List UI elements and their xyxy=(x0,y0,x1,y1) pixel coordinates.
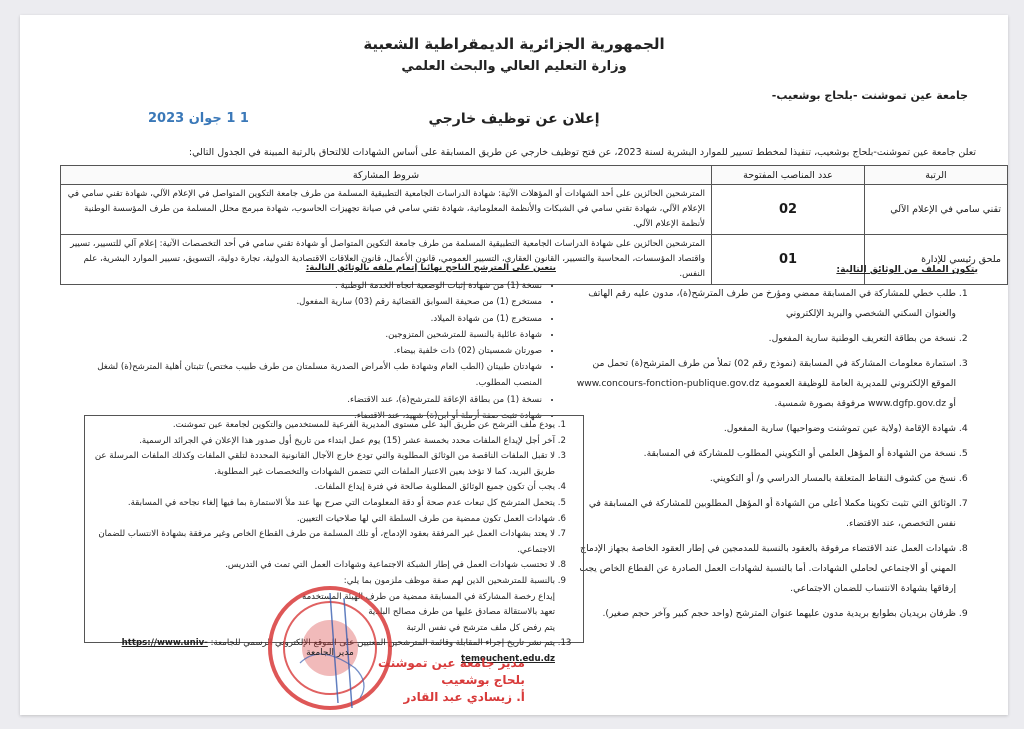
list-item: شهادات العمل عند الاقتضاء مرفوقة بالعقود… xyxy=(573,539,956,599)
successful-candidate-section: يتعين على المترشح الناجح نهائيا إتمام مل… xyxy=(86,260,556,424)
list-item: شهادتان طبيتان (الطب العام وشهادة طب الأ… xyxy=(86,359,542,391)
header-conditions: شروط المشاركة xyxy=(61,166,712,185)
table-row: تقني سامي في الإعلام الآلي 02 المترشحين … xyxy=(61,185,1008,235)
list-item: نسخ من كشوف النقاط المتعلقة بالمسار الدر… xyxy=(573,469,956,489)
signer-line-1: مدير جامعة عين تموشنت xyxy=(378,655,525,672)
list-item: طلب خطي للمشاركة في المسابقة ممضي ومؤرخ … xyxy=(573,284,956,324)
file-documents-heading: يتكون الملف من الوثائق التالية: xyxy=(573,260,978,280)
table-header-row: الرتبة عدد المناصب المفتوحة شروط المشارك… xyxy=(61,166,1008,185)
seal-label: مدير الجامعة xyxy=(306,648,354,658)
list-item: الوثائق التي تثبت تكوينا مكملا أعلى من ا… xyxy=(573,494,956,534)
list-item: نسخة من الشهادة أو المؤهل العلمي أو التك… xyxy=(573,444,956,464)
count-cell: 02 xyxy=(712,185,865,235)
list-item: لا تحتسب شهادات العمل في إطار الشبكة الا… xyxy=(89,558,555,574)
conditions-cell: المترشحين الحائزين على أحد الشهادات أو ا… xyxy=(61,185,712,235)
list-item: لا يعتد بشهادات العمل غير المرفقة بعقود … xyxy=(89,527,555,558)
list-item: نسخة من بطاقة التعريف الوطنية سارية المف… xyxy=(573,329,956,349)
header-grade: الرتبة xyxy=(865,166,1008,185)
list-item: آخر أجل لإيداع الملفات محدد بخمسة عشر (1… xyxy=(89,434,555,450)
list-item: نسخة (1) من شهادة إثبات الوضعية اتجاه ال… xyxy=(86,278,542,294)
list-item: مستخرج (1) من صحيفة السوابق القضائية رقم… xyxy=(86,294,542,310)
list-item: لا تقبل الملفات الناقصة من الوثائق المطل… xyxy=(89,449,555,480)
list-item: استمارة معلومات المشاركة في المسابقة (نم… xyxy=(573,354,956,414)
header-count: عدد المناصب المفتوحة xyxy=(712,166,865,185)
ministry-heading: وزارة التعليم العالي والبحث العلمي xyxy=(20,59,1008,74)
grade-cell: تقني سامي في الإعلام الآلي xyxy=(865,185,1008,235)
document-sheet: الجمهورية الجزائرية الديمقراطية الشعبية … xyxy=(20,15,1008,715)
list-item: يتحمل المترشح كل تبعات عدم صحة أو دقة ال… xyxy=(89,496,555,512)
list-item: شهادات العمل تكون ممضية من طرف السلطة ال… xyxy=(89,512,555,528)
list-item: نسخة (1) من بطاقة الإعاقة للمترشح(ة)، عن… xyxy=(86,392,542,408)
list-item: ظرفان بريديان بطوابع بريدية مدون عليهما … xyxy=(573,604,956,624)
signer-line-2: بلحاج بوشعيب xyxy=(378,672,525,689)
file-documents-list: طلب خطي للمشاركة في المسابقة ممضي ومؤرخ … xyxy=(573,284,978,624)
successful-candidate-heading: يتعين على المترشح الناجح نهائيا إتمام مل… xyxy=(86,260,556,276)
republic-heading: الجمهورية الجزائرية الديمقراطية الشعبية xyxy=(20,35,1008,53)
intro-paragraph: تعلن جامعة عين تموشنت-بلحاج بوشعيب، تنفي… xyxy=(60,147,976,158)
file-documents-section: يتكون الملف من الوثائق التالية: طلب خطي … xyxy=(573,260,978,629)
list-item: يودع ملف الترشح عن طريق اليد على مستوى ا… xyxy=(89,418,555,434)
list-item: شهادة عائلية بالنسبة للمترشحين المتزوجين… xyxy=(86,327,542,343)
signer-line-3: أ. زيسادي عبد القادر xyxy=(378,689,525,706)
list-item: صورتان شمسيتان (02) ذات خلفية بيضاء. xyxy=(86,343,542,359)
successful-candidate-list: نسخة (1) من شهادة إثبات الوضعية اتجاه ال… xyxy=(86,278,556,424)
announcement-title: إعلان عن توظيف خارجي xyxy=(20,111,1008,127)
university-name: جامعة عين تموشنت -بلحاج بوشعيب- xyxy=(772,89,968,102)
signature-block: مدير جامعة عين تموشنت بلحاج بوشعيب أ. زي… xyxy=(378,655,525,706)
list-item: مستخرج (1) من شهادة الميلاد. xyxy=(86,311,542,327)
list-item: شهادة الإقامة (ولاية عين تموشنت وضواحيها… xyxy=(573,419,956,439)
list-item: يجب أن تكون جميع الوثائق المطلوبة صالحة … xyxy=(89,480,555,496)
